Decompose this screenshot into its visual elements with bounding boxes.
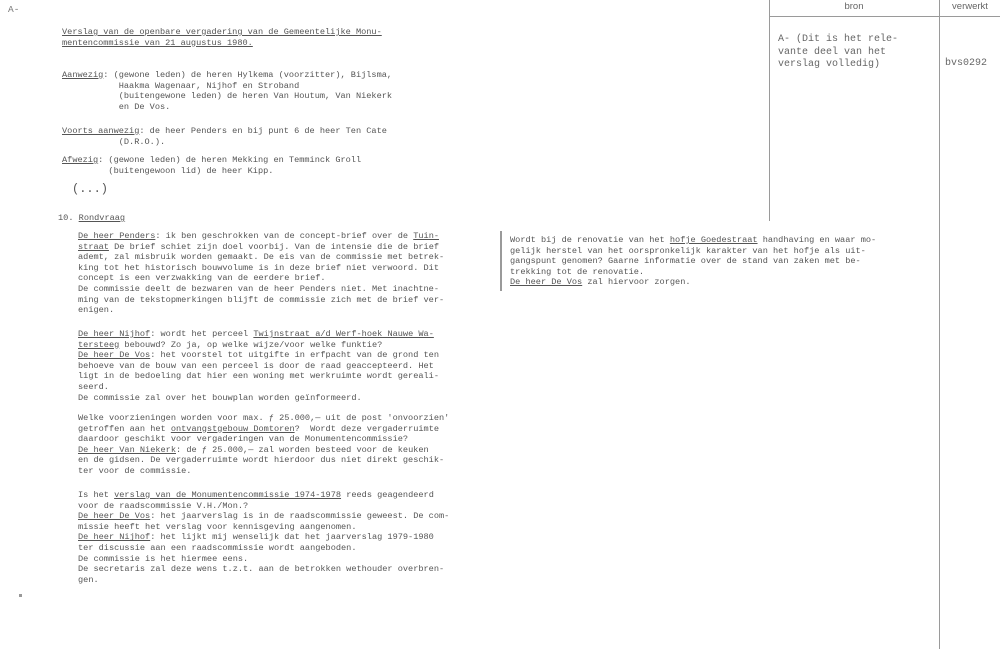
- text-line: De secretaris zal deze wens t.z.t. aan d…: [78, 564, 449, 575]
- text: Wordt bij de renovatie van het: [510, 235, 670, 245]
- speaker-name: De heer Penders: [78, 231, 155, 241]
- agenda-item-title: Rondvraag: [79, 213, 125, 223]
- speaker-name: De heer Nijhof: [78, 532, 150, 542]
- building-name: ontvangstgebouw Domtoren: [171, 424, 295, 434]
- text-line: king tot het historisch bouwvolume is in…: [78, 263, 444, 274]
- text-line: voor de raadscommissie V.H./Mon.?: [78, 501, 449, 512]
- attendees-present: Aanwezig: (gewone leden) de heren Hylkem…: [62, 70, 392, 112]
- agenda-item-heading: 10. Rondvraag: [58, 213, 125, 224]
- text: getroffen aan het: [78, 424, 171, 434]
- aanwezig-label: Aanwezig: [62, 70, 103, 80]
- column-header-verwerkt: verwerkt: [940, 2, 1000, 13]
- text: bebouwd? Zo ja, op welke wijze/voor welk…: [119, 340, 382, 350]
- agenda-item-number: 10.: [58, 213, 73, 223]
- text: Is het: [78, 490, 114, 500]
- title-line: mentencommissie van 21 augustus 1980.: [62, 38, 382, 49]
- text-line: ming van de tekstopmerkingen blijft de c…: [78, 295, 444, 306]
- text-line: gangspunt genomen? Gaarne informatie ove…: [510, 256, 876, 267]
- paragraph-penders: De heer Penders: ik ben geschrokken van …: [78, 231, 444, 316]
- aanwezig-text: Haakma Wagenaar, Nijhof en Stroband: [62, 81, 392, 92]
- street-name: tersteeg: [78, 340, 119, 350]
- bron-cell: A- (Dit is het rele- vante deel van het …: [778, 34, 898, 72]
- also-present: Voorts aanwezig: de heer Penders en bij …: [62, 126, 387, 147]
- document-title: Verslag van de openbare vergadering van …: [62, 27, 382, 48]
- absent: Afwezig: (gewone leden) de heren Mekking…: [62, 155, 361, 176]
- text: : wordt het perceel: [150, 329, 253, 339]
- text: : het voorstel tot uitgifte in erfpacht …: [150, 350, 439, 360]
- street-name: hofje Goedestraat: [670, 235, 758, 245]
- column-header-bron: bron: [769, 2, 939, 13]
- paragraph-verslag: Is het verslag van de Monumentencommissi…: [78, 490, 449, 585]
- text-line: ter voor de commissie.: [78, 466, 449, 477]
- aanwezig-text: : (gewone leden) de heren Hylkema (voorz…: [103, 70, 392, 80]
- text: : het lijkt mij wenselijk dat het jaarve…: [150, 532, 434, 542]
- text-line: De commissie is het hiermee eens.: [78, 554, 449, 565]
- text-line: concept is een verzwakking van de eerder…: [78, 273, 444, 284]
- text: reeds geagendeerd: [341, 490, 434, 500]
- bron-line: vante deel van het: [778, 47, 898, 60]
- speaker-name: De heer Nijhof: [78, 329, 150, 339]
- verwerkt-column-left-border: [939, 0, 940, 649]
- speaker-name: De heer De Vos: [78, 350, 150, 360]
- text: ? Wordt deze vergaderruimte: [295, 424, 439, 434]
- paragraph-hofje: Wordt bij de renovatie van het hofje Goe…: [510, 235, 876, 288]
- paragraph-voorzieningen: Welke voorzieningen worden voor max. ƒ 2…: [78, 413, 449, 477]
- text-line: gelijk herstel van het oorspronkelijk ka…: [510, 246, 876, 257]
- verwerkt-cell: bvs0292: [945, 59, 987, 70]
- text: : het jaarverslag is in de raadscommissi…: [150, 511, 449, 521]
- street-name: Tuin-: [413, 231, 439, 241]
- bron-line: verslag volledig): [778, 59, 898, 72]
- paragraph-nijhof: De heer Nijhof: wordt het perceel Twijns…: [78, 329, 439, 403]
- text-line: en de gidsen. De vergaderruimte wordt hi…: [78, 455, 449, 466]
- voorts-label: Voorts aanwezig: [62, 126, 139, 136]
- aanwezig-text: (buitengewone leden) de heren Van Houtum…: [62, 91, 392, 102]
- speaker-name: De heer De Vos: [510, 277, 582, 287]
- text: De brief schiet zijn doel voorbij. Van d…: [109, 242, 439, 252]
- text-line: trekking tot de renovatie.: [510, 267, 876, 278]
- title-line: Verslag van de openbare vergadering van …: [62, 27, 382, 38]
- text-line: behoeve van de bouw van een perceel is d…: [78, 361, 439, 372]
- text-line: ter discussie aan een raadscommissie wor…: [78, 543, 449, 554]
- text-line: seerd.: [78, 382, 439, 393]
- report-name: verslag van de Monumentencommissie 1974-…: [114, 490, 341, 500]
- speaker-name: De heer Van Niekerk: [78, 445, 176, 455]
- street-name: Twijnstraat a/d Werf-hoek Nauwe Wa-: [253, 329, 434, 339]
- aanwezig-text: en De Vos.: [62, 102, 392, 113]
- text-line: De commissie zal over het bouwplan worde…: [78, 393, 439, 404]
- text-line: enigen.: [78, 305, 444, 316]
- omission-marker: (...): [72, 184, 108, 195]
- voorts-text: : de heer Penders en bij punt 6 de heer …: [139, 126, 387, 136]
- afwezig-text: : (gewone leden) de heren Mekking en Tem…: [98, 155, 361, 165]
- text-line: missie heeft het verslag voor kennisgevi…: [78, 522, 449, 533]
- table-header-divider: [769, 16, 1000, 17]
- text-line: Welke voorzieningen worden voor max. ƒ 2…: [78, 413, 449, 424]
- text-line: gen.: [78, 575, 449, 586]
- street-name: straat: [78, 242, 109, 252]
- margin-mark: [19, 594, 22, 597]
- text: zal hiervoor zorgen.: [582, 277, 690, 287]
- text-line: daardoor geschikt voor vergaderingen van…: [78, 434, 449, 445]
- text-line: ligt in de bedoeling dat hier een woning…: [78, 371, 439, 382]
- speaker-name: De heer De Vos: [78, 511, 150, 521]
- bron-line: A- (Dit is het rele-: [778, 34, 898, 47]
- bron-column-left-border: [769, 0, 770, 221]
- text: handhaving en waar mo-: [758, 235, 877, 245]
- voorts-text: (D.R.O.).: [62, 137, 387, 148]
- text-line: De commissie deelt de bezwaren van de he…: [78, 284, 444, 295]
- margin-bar: [500, 231, 502, 291]
- page-marker: A-: [8, 5, 19, 16]
- text: : de ƒ 25.000,— zal worden besteed voor …: [176, 445, 429, 455]
- afwezig-text: (buitengewoon lid) de heer Kipp.: [62, 166, 361, 177]
- afwezig-label: Afwezig: [62, 155, 98, 165]
- text: : ik ben geschrokken van de concept-brie…: [155, 231, 413, 241]
- text-line: ademt, zal misbruik worden gemaakt. De e…: [78, 252, 444, 263]
